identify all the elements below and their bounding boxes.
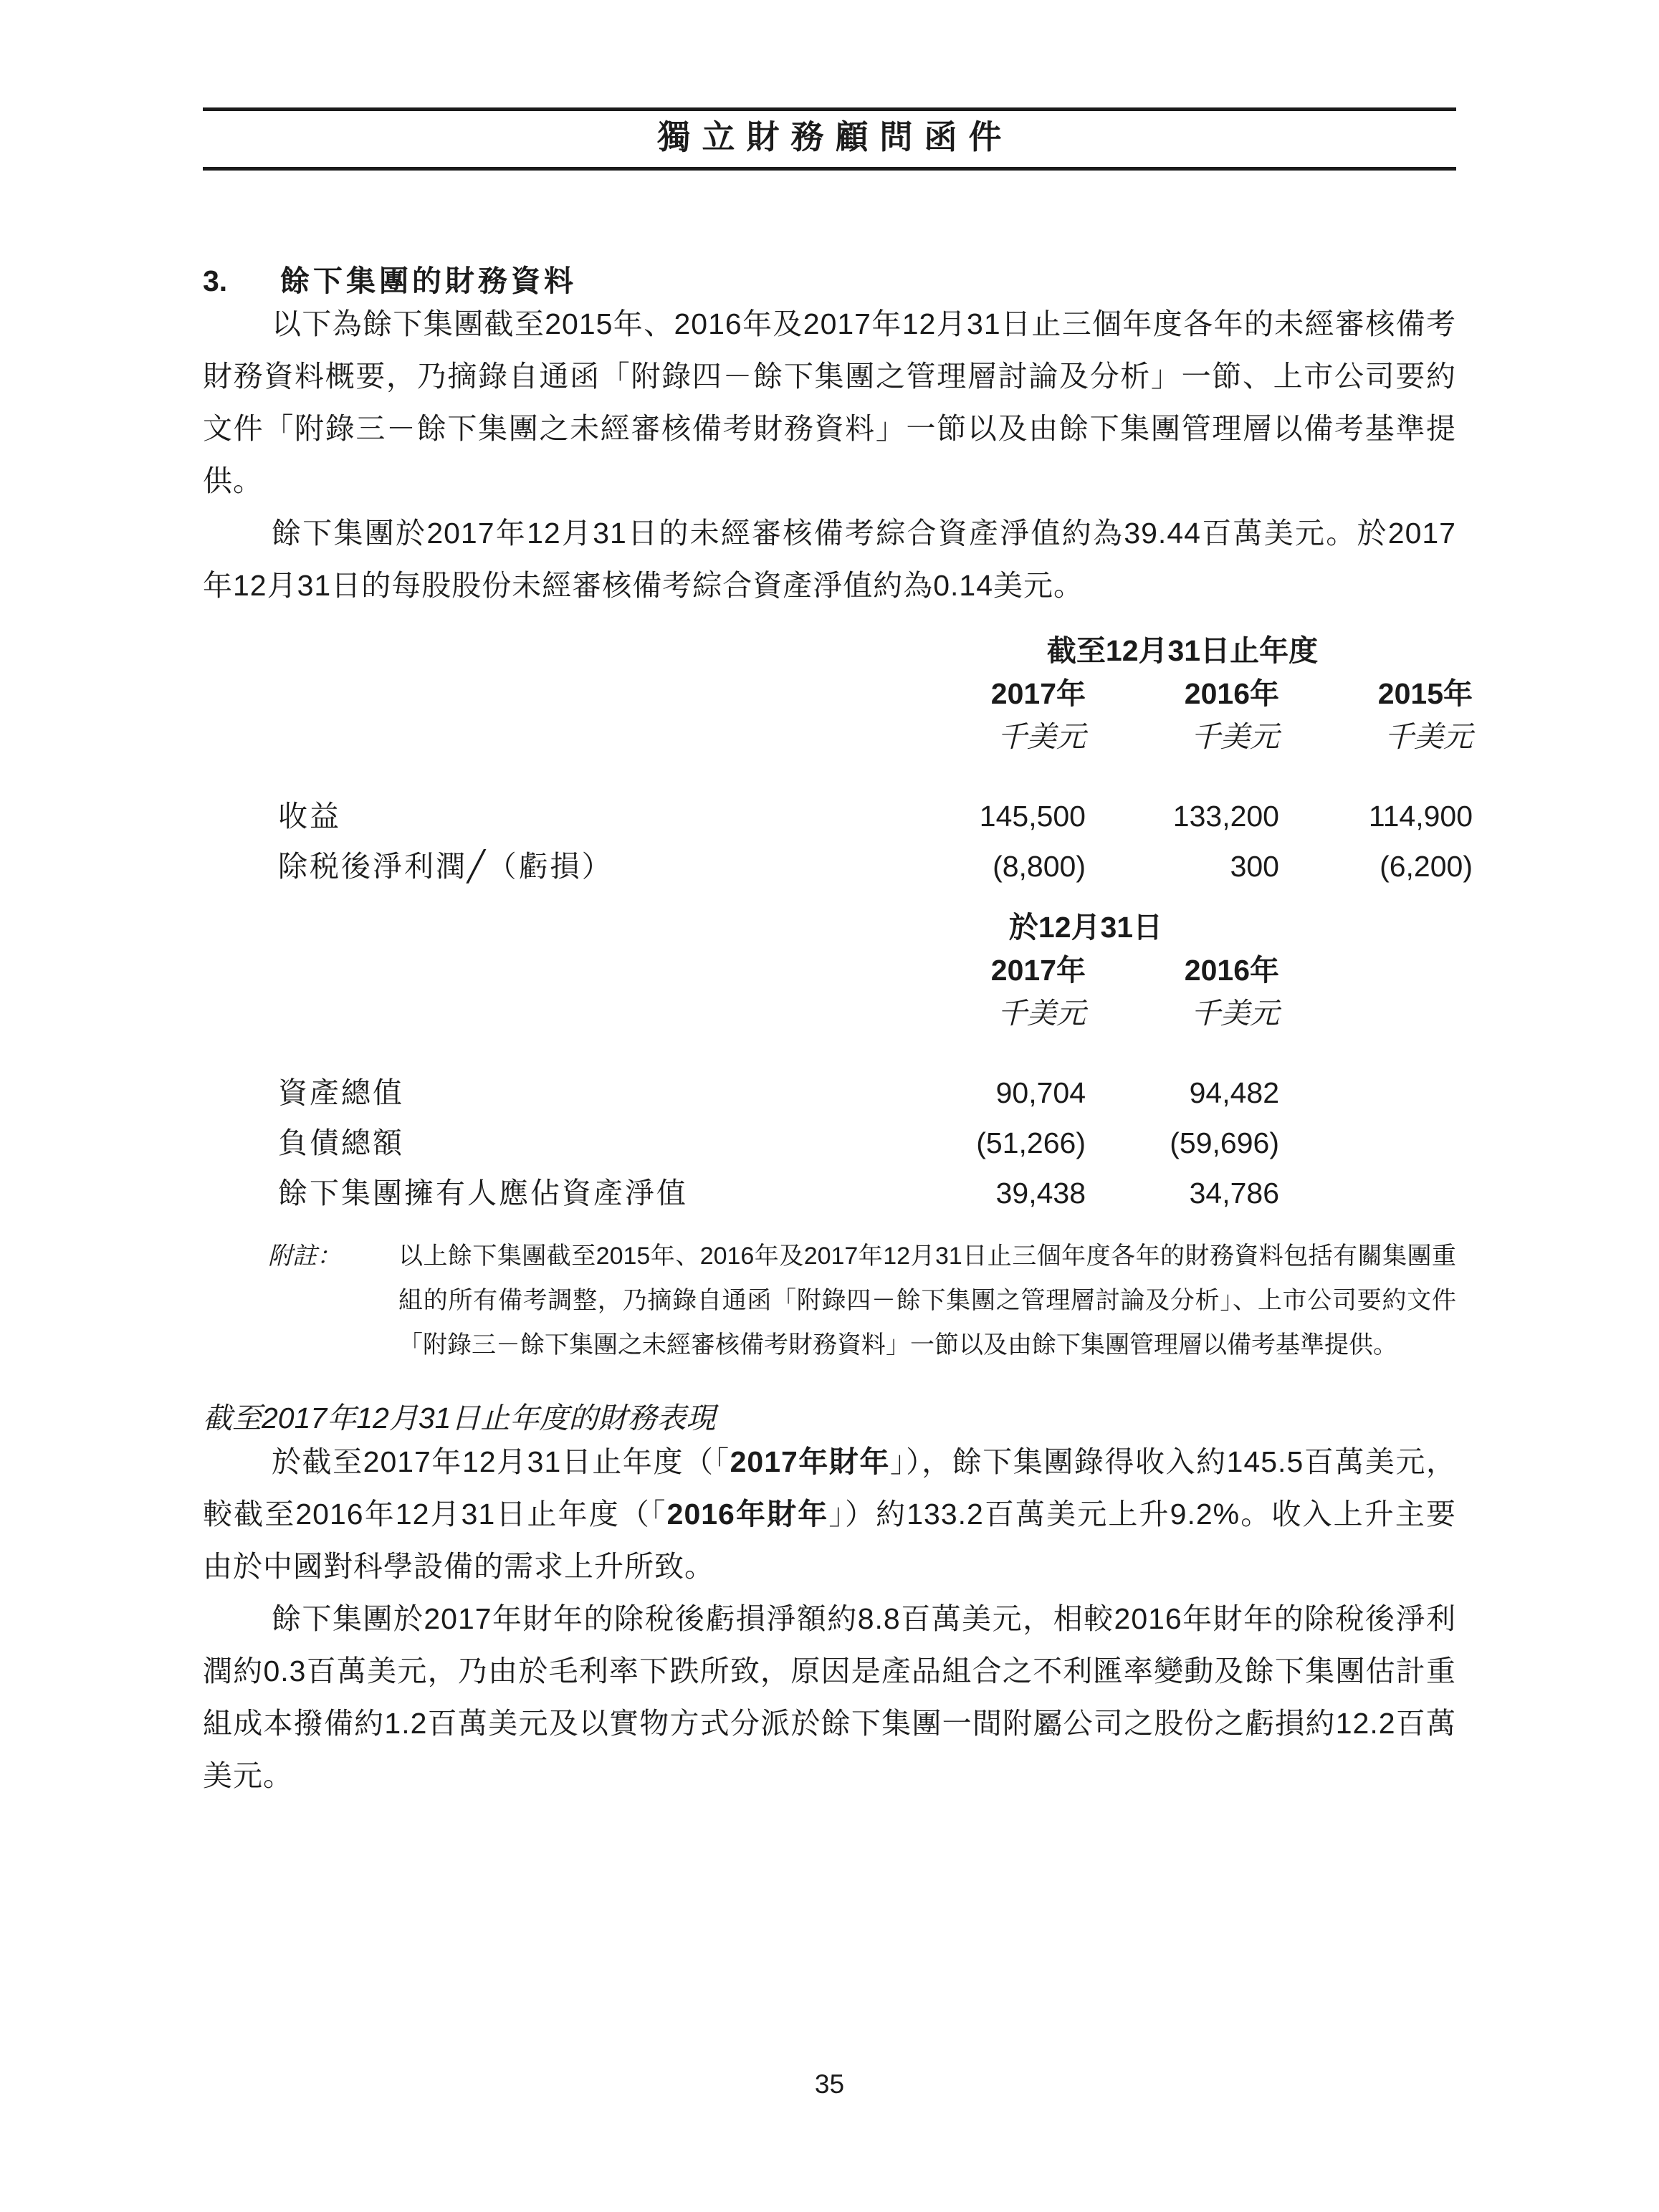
net-profit-2017: (8,800)	[892, 841, 1086, 891]
row-label: 餘下集團擁有人應佔資產淨值	[203, 1168, 892, 1218]
document-header: 獨立財務顧問函件	[203, 107, 1456, 171]
paragraph-net-asset-value: 餘下集團於2017年12月31日的未經審核備考綜合資產淨值約為39.44百萬美元…	[203, 507, 1456, 612]
table-spacer	[203, 1035, 1473, 1068]
term-fy2016: 2016年財年	[667, 1498, 829, 1531]
p3-text: 於截至2017年12月31日止年度（「	[272, 1445, 730, 1478]
paragraph-pro-forma-summary: 以下為餘下集團截至2015年、2016年及2017年12月31日止三個年度各年的…	[203, 298, 1456, 507]
year-column-2017: 2017年	[892, 949, 1086, 992]
year-column-2017: 2017年	[892, 672, 1086, 715]
table-row-net-assets: 餘下集團擁有人應佔資產淨值 39,438 34,786	[203, 1168, 1473, 1218]
balance-table-year-row: 2017年 2016年	[203, 949, 1473, 992]
table-note: 附註： 以上餘下集團截至2015年、2016年及2017年12月31日止三個年度…	[203, 1234, 1456, 1367]
document-page: 獨立財務顧問函件 3. 餘下集團的財務資料 以下為餘下集團截至2015年、201…	[0, 0, 1659, 2212]
balance-table-unit-row: 千美元 千美元	[203, 992, 1473, 1035]
row-label: 收益	[203, 791, 892, 841]
row-label: 資產總值	[203, 1068, 892, 1118]
section-title: 餘下集團的財務資料	[280, 264, 577, 298]
income-table-unit-row: 千美元 千美元 千美元	[203, 715, 1473, 758]
table-spacer	[203, 758, 1473, 791]
paragraph-revenue-performance: 於截至2017年12月31日止年度（「2017年財年」），餘下集團錄得收入約14…	[203, 1436, 1456, 1593]
empty-cell	[203, 992, 892, 1035]
empty-cell	[203, 949, 892, 992]
net-profit-2015: (6,200)	[1279, 841, 1473, 891]
empty-cell	[1279, 949, 1473, 992]
net-assets-2017: 39,438	[892, 1168, 1086, 1218]
unit-label: 千美元	[1279, 715, 1473, 758]
subsection-heading: 截至2017年12月31日止年度的財務表現	[203, 1400, 1456, 1436]
revenue-2017: 145,500	[892, 791, 1086, 841]
total-liabilities-2016: (59,696)	[1086, 1118, 1279, 1168]
row-label: 除税後淨利潤╱（虧損）	[203, 841, 892, 891]
revenue-2015: 114,900	[1279, 791, 1473, 841]
empty-cell	[1279, 906, 1473, 949]
row-label: 負債總額	[203, 1118, 892, 1168]
balance-table: 於12月31日 2017年 2016年 千美元 千美元 資產總值 90,704 …	[203, 906, 1473, 1218]
note-label: 附註：	[268, 1234, 398, 1367]
table-row-net-profit-loss: 除税後淨利潤╱（虧損） (8,800) 300 (6,200)	[203, 841, 1473, 891]
table-row-total-assets: 資產總值 90,704 94,482	[203, 1068, 1473, 1118]
net-assets-2016: 34,786	[1086, 1168, 1279, 1218]
empty-cell	[203, 906, 892, 949]
section-heading: 3. 餘下集團的財務資料	[203, 264, 1456, 298]
unit-label: 千美元	[1086, 715, 1279, 758]
empty-cell	[1279, 1068, 1473, 1118]
term-fy2017: 2017年財年	[730, 1445, 890, 1478]
empty-cell	[203, 715, 892, 758]
table-row-revenue: 收益 145,500 133,200 114,900	[203, 791, 1473, 841]
unit-label: 千美元	[892, 992, 1086, 1035]
empty-cell	[1279, 1118, 1473, 1168]
empty-cell	[1279, 992, 1473, 1035]
year-column-2016: 2016年	[1086, 672, 1279, 715]
total-assets-2016: 94,482	[1086, 1068, 1279, 1118]
income-table-period-row: 截至12月31日止年度	[203, 629, 1473, 672]
document-title: 獨立財務顧問函件	[203, 118, 1456, 156]
empty-cell	[203, 672, 892, 715]
balance-table-period-header: 於12月31日	[892, 906, 1279, 949]
section-number: 3.	[203, 264, 280, 298]
note-text: 以上餘下集團截至2015年、2016年及2017年12月31日止三個年度各年的財…	[398, 1234, 1456, 1367]
empty-cell	[203, 629, 892, 672]
total-liabilities-2017: (51,266)	[892, 1118, 1086, 1168]
unit-label: 千美元	[1086, 992, 1279, 1035]
empty-cell	[1279, 1168, 1473, 1218]
balance-table-period-row: 於12月31日	[203, 906, 1473, 949]
income-table: 截至12月31日止年度 2017年 2016年 2015年 千美元 千美元 千美…	[203, 629, 1473, 891]
year-column-2016: 2016年	[1086, 949, 1279, 992]
total-assets-2017: 90,704	[892, 1068, 1086, 1118]
unit-label: 千美元	[892, 715, 1086, 758]
page-content: 獨立財務顧問函件 3. 餘下集團的財務資料 以下為餘下集團截至2015年、201…	[203, 107, 1456, 1802]
income-table-period-header: 截至12月31日止年度	[892, 629, 1473, 672]
net-profit-2016: 300	[1086, 841, 1279, 891]
income-table-year-row: 2017年 2016年 2015年	[203, 672, 1473, 715]
year-column-2015: 2015年	[1279, 672, 1473, 715]
revenue-2016: 133,200	[1086, 791, 1279, 841]
table-row-total-liabilities: 負債總額 (51,266) (59,696)	[203, 1118, 1473, 1168]
page-number: 35	[0, 2069, 1659, 2100]
paragraph-loss-analysis: 餘下集團於2017年財年的除稅後虧損淨額約8.8百萬美元，相較2016年財年的除…	[203, 1593, 1456, 1802]
